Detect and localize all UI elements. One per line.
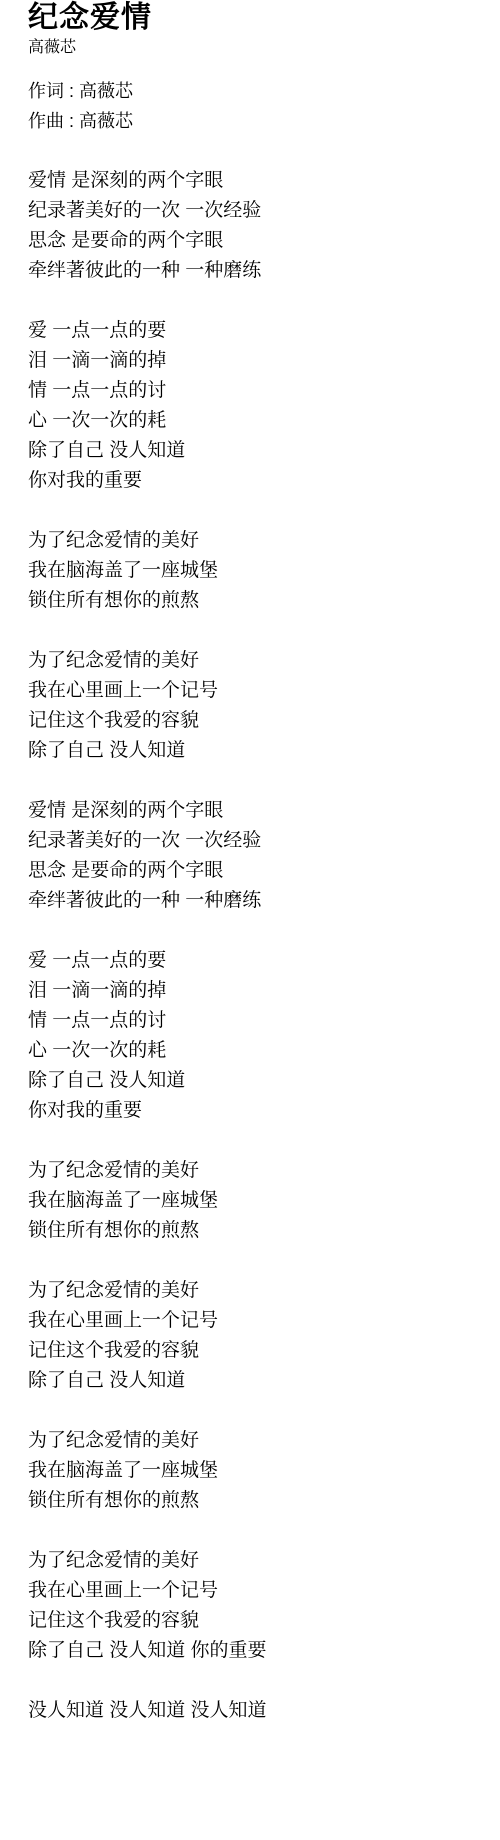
lyric-line: 心 一次一次的耗	[28, 406, 480, 436]
lyric-stanza: 爱情 是深刻的两个字眼纪录著美好的一次 一次经验思念 是要命的两个字眼牵绊著彼此…	[28, 166, 480, 286]
lyrics-page: 纪念爱情 高薇芯 作词 : 高薇芯 作曲 : 高薇芯 爱情 是深刻的两个字眼纪录…	[0, 0, 500, 1726]
lyric-line: 锁住所有想你的煎熬	[28, 1216, 480, 1246]
lyric-line: 为了纪念爱情的美好	[28, 646, 480, 676]
lyric-line: 爱情 是深刻的两个字眼	[28, 166, 480, 196]
lyric-stanza: 为了纪念爱情的美好我在脑海盖了一座城堡锁住所有想你的煎熬	[28, 1156, 480, 1246]
lyric-line: 为了纪念爱情的美好	[28, 1426, 480, 1456]
lyric-line: 除了自己 没人知道	[28, 736, 480, 766]
lyric-line: 除了自己 没人知道 你的重要	[28, 1636, 480, 1666]
lyric-line: 我在脑海盖了一座城堡	[28, 1456, 480, 1486]
lyric-line: 没人知道 没人知道 没人知道	[28, 1696, 480, 1726]
lyric-line: 你对我的重要	[28, 1096, 480, 1126]
lyric-line: 思念 是要命的两个字眼	[28, 226, 480, 256]
lyric-stanza: 为了纪念爱情的美好我在脑海盖了一座城堡锁住所有想你的煎熬	[28, 1426, 480, 1516]
lyric-stanza: 爱 一点一点的要泪 一滴一滴的掉情 一点一点的讨心 一次一次的耗除了自己 没人知…	[28, 946, 480, 1126]
lyric-line: 纪录著美好的一次 一次经验	[28, 196, 480, 226]
lyric-line: 除了自己 没人知道	[28, 436, 480, 466]
lyric-line: 你对我的重要	[28, 466, 480, 496]
lyric-line: 我在心里画上一个记号	[28, 1306, 480, 1336]
lyric-line: 我在心里画上一个记号	[28, 1576, 480, 1606]
lyric-line: 为了纪念爱情的美好	[28, 1156, 480, 1186]
lyric-line: 记住这个我爱的容貌	[28, 706, 480, 736]
lyric-line: 爱情 是深刻的两个字眼	[28, 796, 480, 826]
lyric-stanza: 爱 一点一点的要泪 一滴一滴的掉情 一点一点的讨心 一次一次的耗除了自己 没人知…	[28, 316, 480, 496]
lyric-line: 为了纪念爱情的美好	[28, 526, 480, 556]
lyrics-body: 爱情 是深刻的两个字眼纪录著美好的一次 一次经验思念 是要命的两个字眼牵绊著彼此…	[28, 166, 480, 1726]
lyric-stanza: 为了纪念爱情的美好我在脑海盖了一座城堡锁住所有想你的煎熬	[28, 526, 480, 616]
song-credits: 作词 : 高薇芯 作曲 : 高薇芯	[28, 76, 480, 136]
lyric-line: 记住这个我爱的容貌	[28, 1336, 480, 1366]
lyric-line: 锁住所有想你的煎熬	[28, 586, 480, 616]
lyric-stanza: 爱情 是深刻的两个字眼纪录著美好的一次 一次经验思念 是要命的两个字眼牵绊著彼此…	[28, 796, 480, 916]
song-title: 纪念爱情	[28, 0, 480, 36]
lyric-line: 除了自己 没人知道	[28, 1066, 480, 1096]
lyric-line: 除了自己 没人知道	[28, 1366, 480, 1396]
lyric-line: 锁住所有想你的煎熬	[28, 1486, 480, 1516]
lyric-line: 纪录著美好的一次 一次经验	[28, 826, 480, 856]
lyric-line: 情 一点一点的讨	[28, 1006, 480, 1036]
lyric-line: 爱 一点一点的要	[28, 946, 480, 976]
lyric-line: 爱 一点一点的要	[28, 316, 480, 346]
lyric-stanza: 为了纪念爱情的美好我在心里画上一个记号记住这个我爱的容貌除了自己 没人知道 你的…	[28, 1546, 480, 1666]
lyric-line: 泪 一滴一滴的掉	[28, 976, 480, 1006]
lyric-line: 思念 是要命的两个字眼	[28, 856, 480, 886]
lyric-line: 我在脑海盖了一座城堡	[28, 556, 480, 586]
lyric-line: 为了纪念爱情的美好	[28, 1546, 480, 1576]
lyric-line: 我在脑海盖了一座城堡	[28, 1186, 480, 1216]
lyric-line: 心 一次一次的耗	[28, 1036, 480, 1066]
lyric-stanza: 为了纪念爱情的美好我在心里画上一个记号记住这个我爱的容貌除了自己 没人知道	[28, 1276, 480, 1396]
lyric-line: 泪 一滴一滴的掉	[28, 346, 480, 376]
lyric-line: 记住这个我爱的容貌	[28, 1606, 480, 1636]
lyric-stanza: 为了纪念爱情的美好我在心里画上一个记号记住这个我爱的容貌除了自己 没人知道	[28, 646, 480, 766]
lyric-line: 情 一点一点的讨	[28, 376, 480, 406]
lyric-line: 牵绊著彼此的一种 一种磨练	[28, 256, 480, 286]
lyric-line: 为了纪念爱情的美好	[28, 1276, 480, 1306]
artist-name: 高薇芯	[28, 36, 480, 60]
lyric-line: 我在心里画上一个记号	[28, 676, 480, 706]
lyricist-credit: 作词 : 高薇芯	[28, 76, 480, 106]
lyric-line: 牵绊著彼此的一种 一种磨练	[28, 886, 480, 916]
composer-credit: 作曲 : 高薇芯	[28, 106, 480, 136]
lyric-stanza: 没人知道 没人知道 没人知道	[28, 1696, 480, 1726]
